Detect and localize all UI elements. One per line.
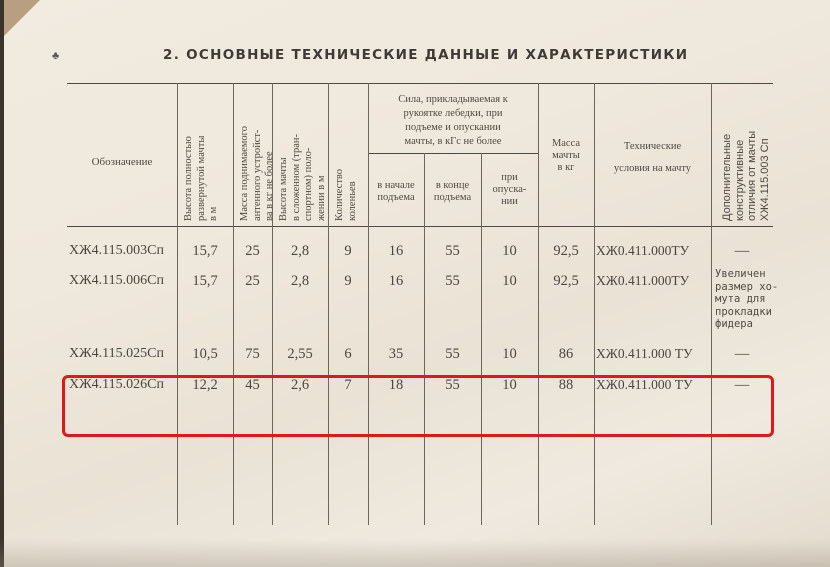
cell-antenna-mass: 75 — [233, 346, 272, 363]
column-divider — [481, 153, 482, 525]
highlighted-row-box — [62, 375, 774, 437]
header-bottom-border — [67, 226, 773, 227]
cell-force-lowering: 10 — [481, 243, 538, 260]
cell-extra-differences: — — [711, 243, 773, 260]
cell-force-lowering: 10 — [481, 346, 538, 363]
column-divider — [368, 83, 369, 525]
header-force-group: Сила, прикладываемая крукоятке лебедки, … — [368, 93, 538, 149]
force-subheader-border — [368, 153, 538, 154]
column-divider — [233, 83, 234, 525]
header-extra-differences: Дополнительныеконструктивныеотличия от м… — [721, 131, 771, 221]
header-force-lowering: приопуска-нии — [481, 172, 538, 208]
column-divider — [711, 83, 712, 525]
cell-height-deployed: 15,7 — [177, 273, 233, 290]
header-tech-conditions: Техническиеусловия на мачту — [594, 136, 711, 180]
header-sections-count: Количествоколеньев — [334, 169, 359, 221]
cell-designation: ХЖ4.115.006Сп — [69, 273, 177, 289]
cell-force-end: 55 — [424, 273, 481, 290]
column-divider — [328, 83, 329, 525]
cell-height-folded: 2,8 — [272, 273, 328, 290]
cell-force-start: 16 — [368, 243, 424, 260]
cell-tech-conditions: ХЖ0.411.000ТУ — [596, 273, 712, 289]
cell-force-lowering: 10 — [481, 273, 538, 290]
section-title: 2. ОСНОВНЫЕ ТЕХНИЧЕСКИЕ ДАННЫЕ И ХАРАКТЕ… — [163, 47, 688, 63]
cell-force-start: 35 — [368, 346, 424, 363]
page-mark: ♣ — [52, 50, 59, 62]
cell-tech-conditions: ХЖ0.411.000ТУ — [596, 243, 712, 259]
header-force-end: в концеподъема — [424, 180, 481, 204]
cell-extra-differences: Увеличен размер хо- мута для прокладки ф… — [715, 268, 778, 331]
cell-mast-mass: 92,5 — [538, 243, 594, 260]
cell-extra-differences: — — [711, 346, 773, 363]
column-divider — [424, 153, 425, 525]
cell-antenna-mass: 25 — [233, 243, 272, 260]
folded-paper-corner — [0, 0, 40, 40]
cell-designation: ХЖ4.115.025Сп — [69, 346, 177, 362]
header-designation: Обозначение — [67, 156, 177, 168]
page-left-edge — [0, 0, 4, 567]
header-height-deployed: Высота полностьюразвернутой мачтыв м — [183, 136, 221, 221]
cell-antenna-mass: 25 — [233, 273, 272, 290]
cell-height-folded: 2,8 — [272, 243, 328, 260]
cell-force-start: 16 — [368, 273, 424, 290]
cell-sections-count: 9 — [328, 273, 368, 290]
header-antenna-mass: Масса поднимаемогоантенного устройст-ва … — [239, 126, 277, 221]
cell-mast-mass: 92,5 — [538, 273, 594, 290]
cell-height-deployed: 15,7 — [177, 243, 233, 260]
cell-height-folded: 2,55 — [272, 346, 328, 363]
header-mast-mass: Массамачтыв кг — [538, 138, 594, 174]
header-height-folded: Высота мачтыв сложенном (тран-спортном) … — [278, 134, 328, 221]
cell-tech-conditions: ХЖ0.411.000 ТУ — [596, 346, 712, 362]
column-divider — [177, 83, 178, 525]
cell-height-deployed: 10,5 — [177, 346, 233, 363]
table-top-border — [67, 83, 773, 84]
cell-force-end: 55 — [424, 243, 481, 260]
cell-designation: ХЖ4.115.003Сп — [69, 243, 177, 259]
page-bottom-shadow — [0, 539, 830, 567]
cell-sections-count: 6 — [328, 346, 368, 363]
cell-sections-count: 9 — [328, 243, 368, 260]
header-force-start: в началеподъема — [368, 180, 424, 204]
cell-mast-mass: 86 — [538, 346, 594, 363]
cell-force-end: 55 — [424, 346, 481, 363]
